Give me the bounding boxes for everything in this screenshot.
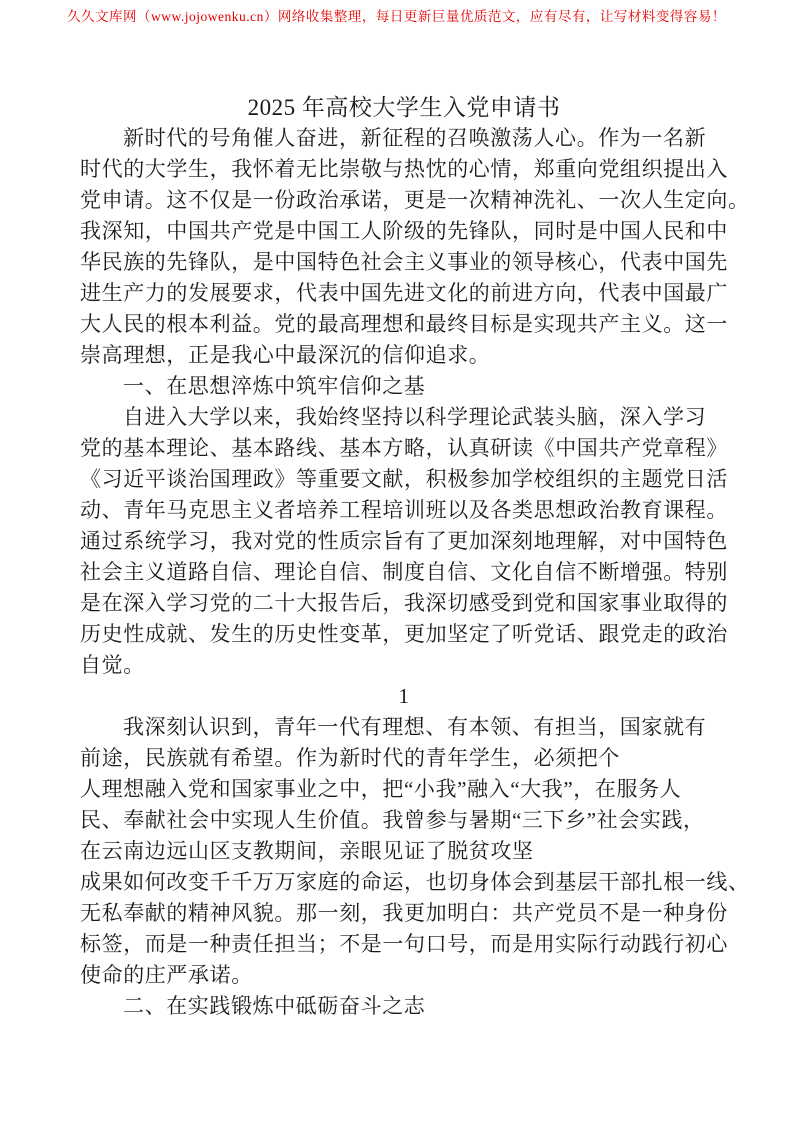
watermark-header: 久久文库网（www.jojowenku.cn）网络收集整理，每日更新巨量优质范文… [0,8,793,26]
body-line: 新时代的号角催人奋进，新征程的召唤激荡人心。作为一名新 [80,123,728,154]
body-line: 崇高理想，正是我心中最深沉的信仰追求。 [80,340,728,371]
body-line: 我深知，中国共产党是中国工人阶级的先锋队，同时是中国人民和中 [80,216,728,247]
section-heading: 二、在实践锻炼中砥砺奋斗之志 [80,991,728,1022]
body-line: 时代的大学生，我怀着无比崇敬与热忱的心情，郑重向党组织提出入 [80,154,728,185]
document-body: 2025 年高校大学生入党申请书 新时代的号角催人奋进，新征程的召唤激荡人心。作… [80,92,728,1022]
body-line: 使命的庄严承诺。 [80,960,728,991]
section-heading: 一、在思想淬炼中筑牢信仰之基 [80,371,728,402]
body-line: 人理想融入党和国家事业之中，把“小我”融入“大我”，在服务人 [80,774,728,805]
body-line: 《习近平谈治国理政》等重要文献，积极参加学校组织的主题党日活 [80,464,728,495]
body-line: 标签，而是一种责任担当；不是一句口号，而是用实际行动践行初心 [80,929,728,960]
body-line: 大人民的根本利益。党的最高理想和最终目标是实现共产主义。这一 [80,309,728,340]
body-line: 民、奉献社会中实现人生价值。我曾参与暑期“三下乡”社会实践， [80,805,728,836]
body-line: 历史性成就、发生的历史性变革，更加坚定了听党话、跟党走的政治 [80,619,728,650]
body-line: 通过系统学习，我对党的性质宗旨有了更加深刻地理解，对中国特色 [80,526,728,557]
body-line: 党的基本理论、基本路线、基本方略，认真研读《中国共产党章程》 [80,433,728,464]
page-number: 1 [80,681,728,712]
body-line: 前途，民族就有希望。作为新时代的青年学生，必须把个 [80,743,728,774]
body-line: 我深刻认识到，青年一代有理想、有本领、有担当，国家就有 [80,712,728,743]
body-line: 动、青年马克思主义者培养工程培训班以及各类思想政治教育课程。 [80,495,728,526]
body-line: 成果如何改变千千万万家庭的命运，也切身体会到基层干部扎根一线、 [80,867,728,898]
document-page: 久久文库网（www.jojowenku.cn）网络收集整理，每日更新巨量优质范文… [0,0,793,1122]
document-title: 2025 年高校大学生入党申请书 [80,92,728,123]
body-line: 是在深入学习党的二十大报告后，我深切感受到党和国家事业取得的 [80,588,728,619]
body-line: 无私奉献的精神风貌。那一刻，我更加明白：共产党员不是一种身份 [80,898,728,929]
body-line: 党申请。这不仅是一份政治承诺，更是一次精神洗礼、一次人生定向。 [80,185,728,216]
body-line: 进生产力的发展要求，代表中国先进文化的前进方向，代表中国最广 [80,278,728,309]
body-line: 华民族的先锋队，是中国特色社会主义事业的领导核心，代表中国先 [80,247,728,278]
body-line: 在云南边远山区支教期间，亲眼见证了脱贫攻坚 [80,836,728,867]
body-line: 自觉。 [80,650,728,681]
body-line: 社会主义道路自信、理论自信、制度自信、文化自信不断增强。特别 [80,557,728,588]
body-line: 自进入大学以来，我始终坚持以科学理论武装头脑，深入学习 [80,402,728,433]
